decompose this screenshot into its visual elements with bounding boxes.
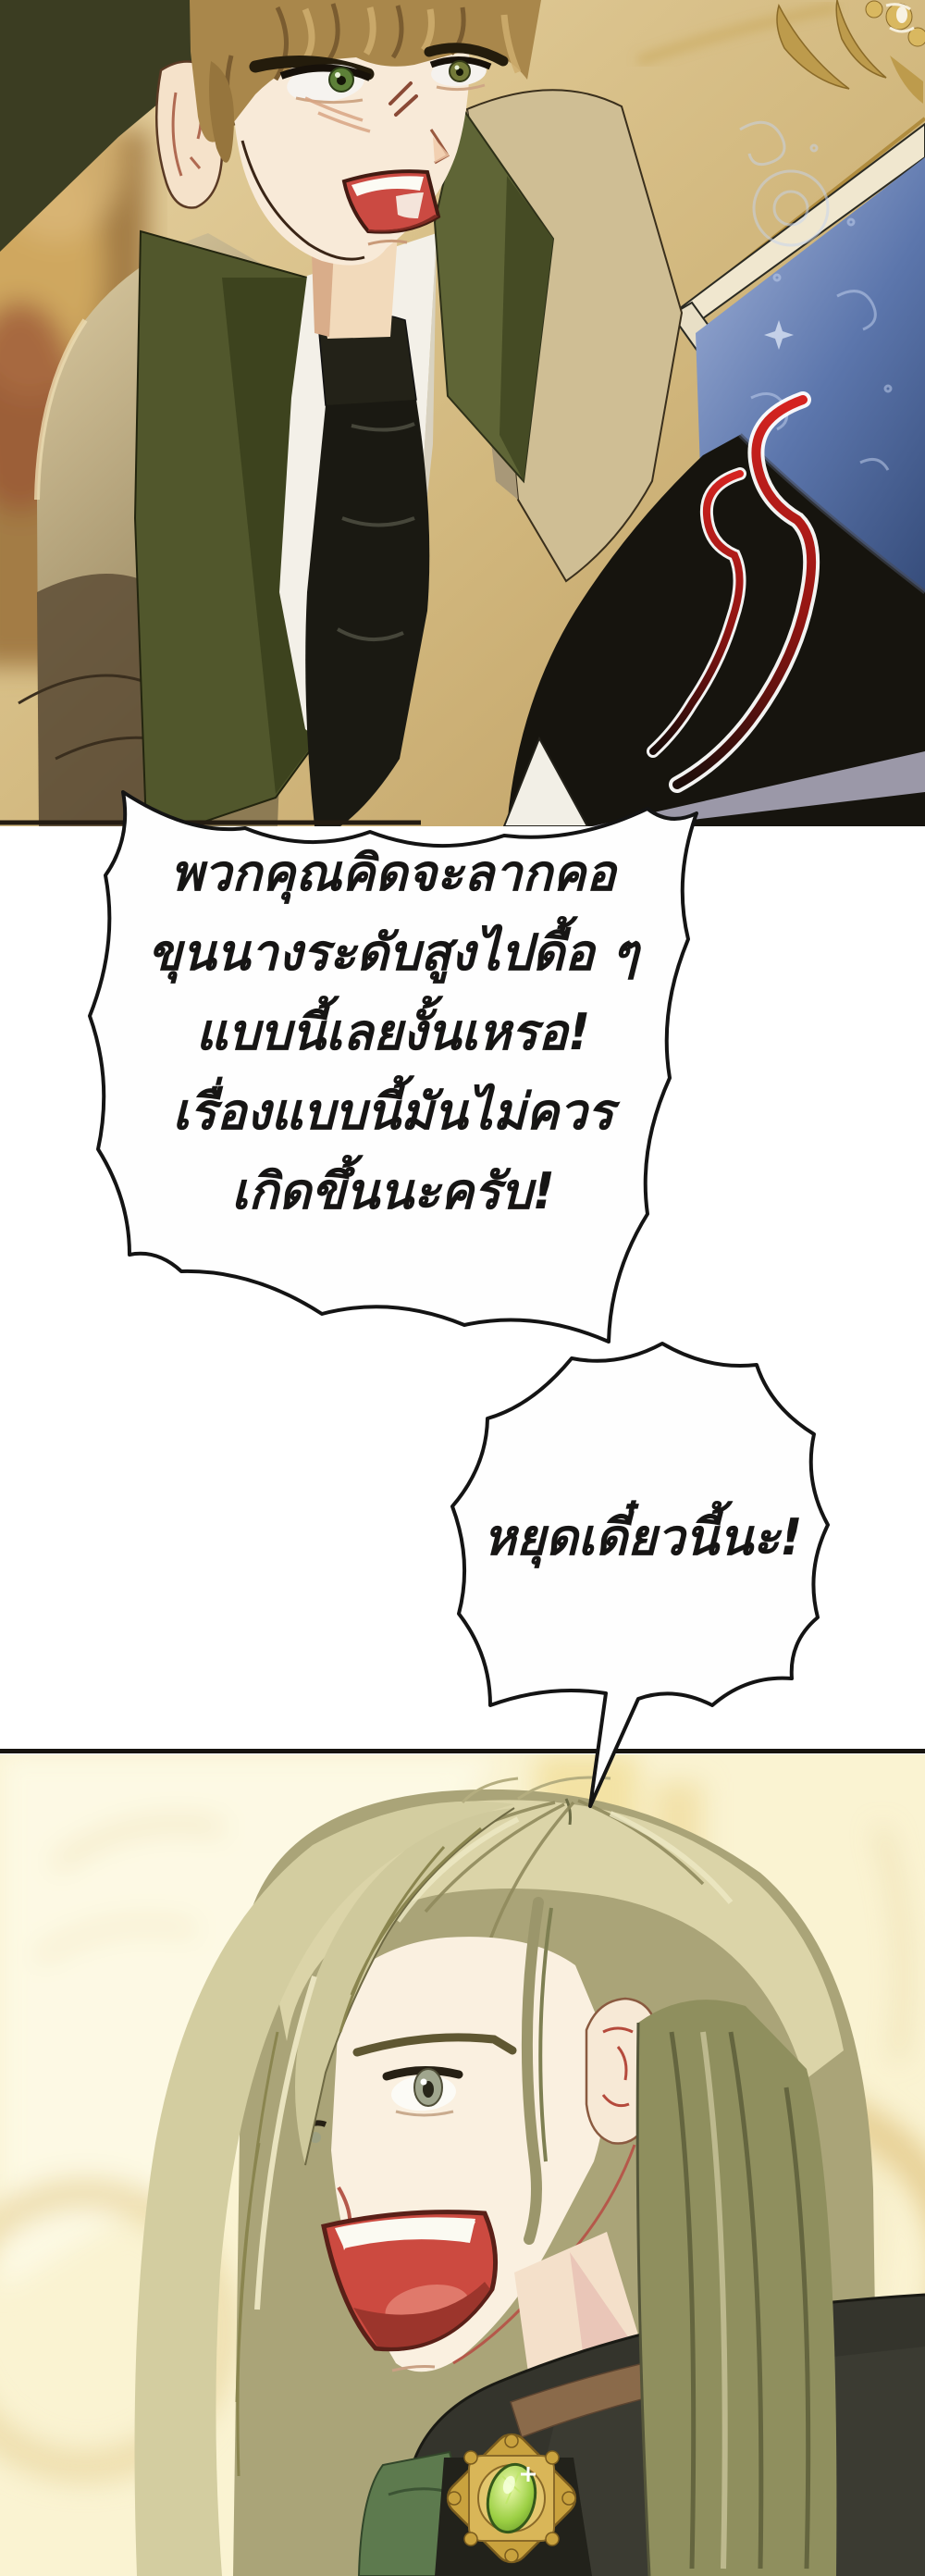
bubble-1-line-5: เกิดขึ้นนะครับ!: [97, 1152, 689, 1232]
bubble-2-line-1: หยุดเดี๋ยวนี้นะ!: [458, 1495, 828, 1580]
bubble-1-line-3: แบบนี้เลยงั้นเหรอ!: [97, 993, 689, 1072]
bubble-1-line-4: เรื่องแบบนี้มันไม่ควร: [97, 1072, 689, 1152]
bubble-1-text: พวกคุณคิดจะลากคอ ขุนนางระดับสูงไปดื้อ ๆ …: [97, 834, 689, 1232]
speech-bubbles-layer: [0, 0, 925, 2576]
bubble-2-text: หยุดเดี๋ยวนี้นะ!: [458, 1495, 828, 1580]
bubble-1-line-2: ขุนนางระดับสูงไปดื้อ ๆ: [97, 913, 689, 993]
comic-page: พวกคุณคิดจะลากคอ ขุนนางระดับสูงไปดื้อ ๆ …: [0, 0, 925, 2576]
bubble-1-line-1: พวกคุณคิดจะลากคอ: [97, 834, 689, 913]
